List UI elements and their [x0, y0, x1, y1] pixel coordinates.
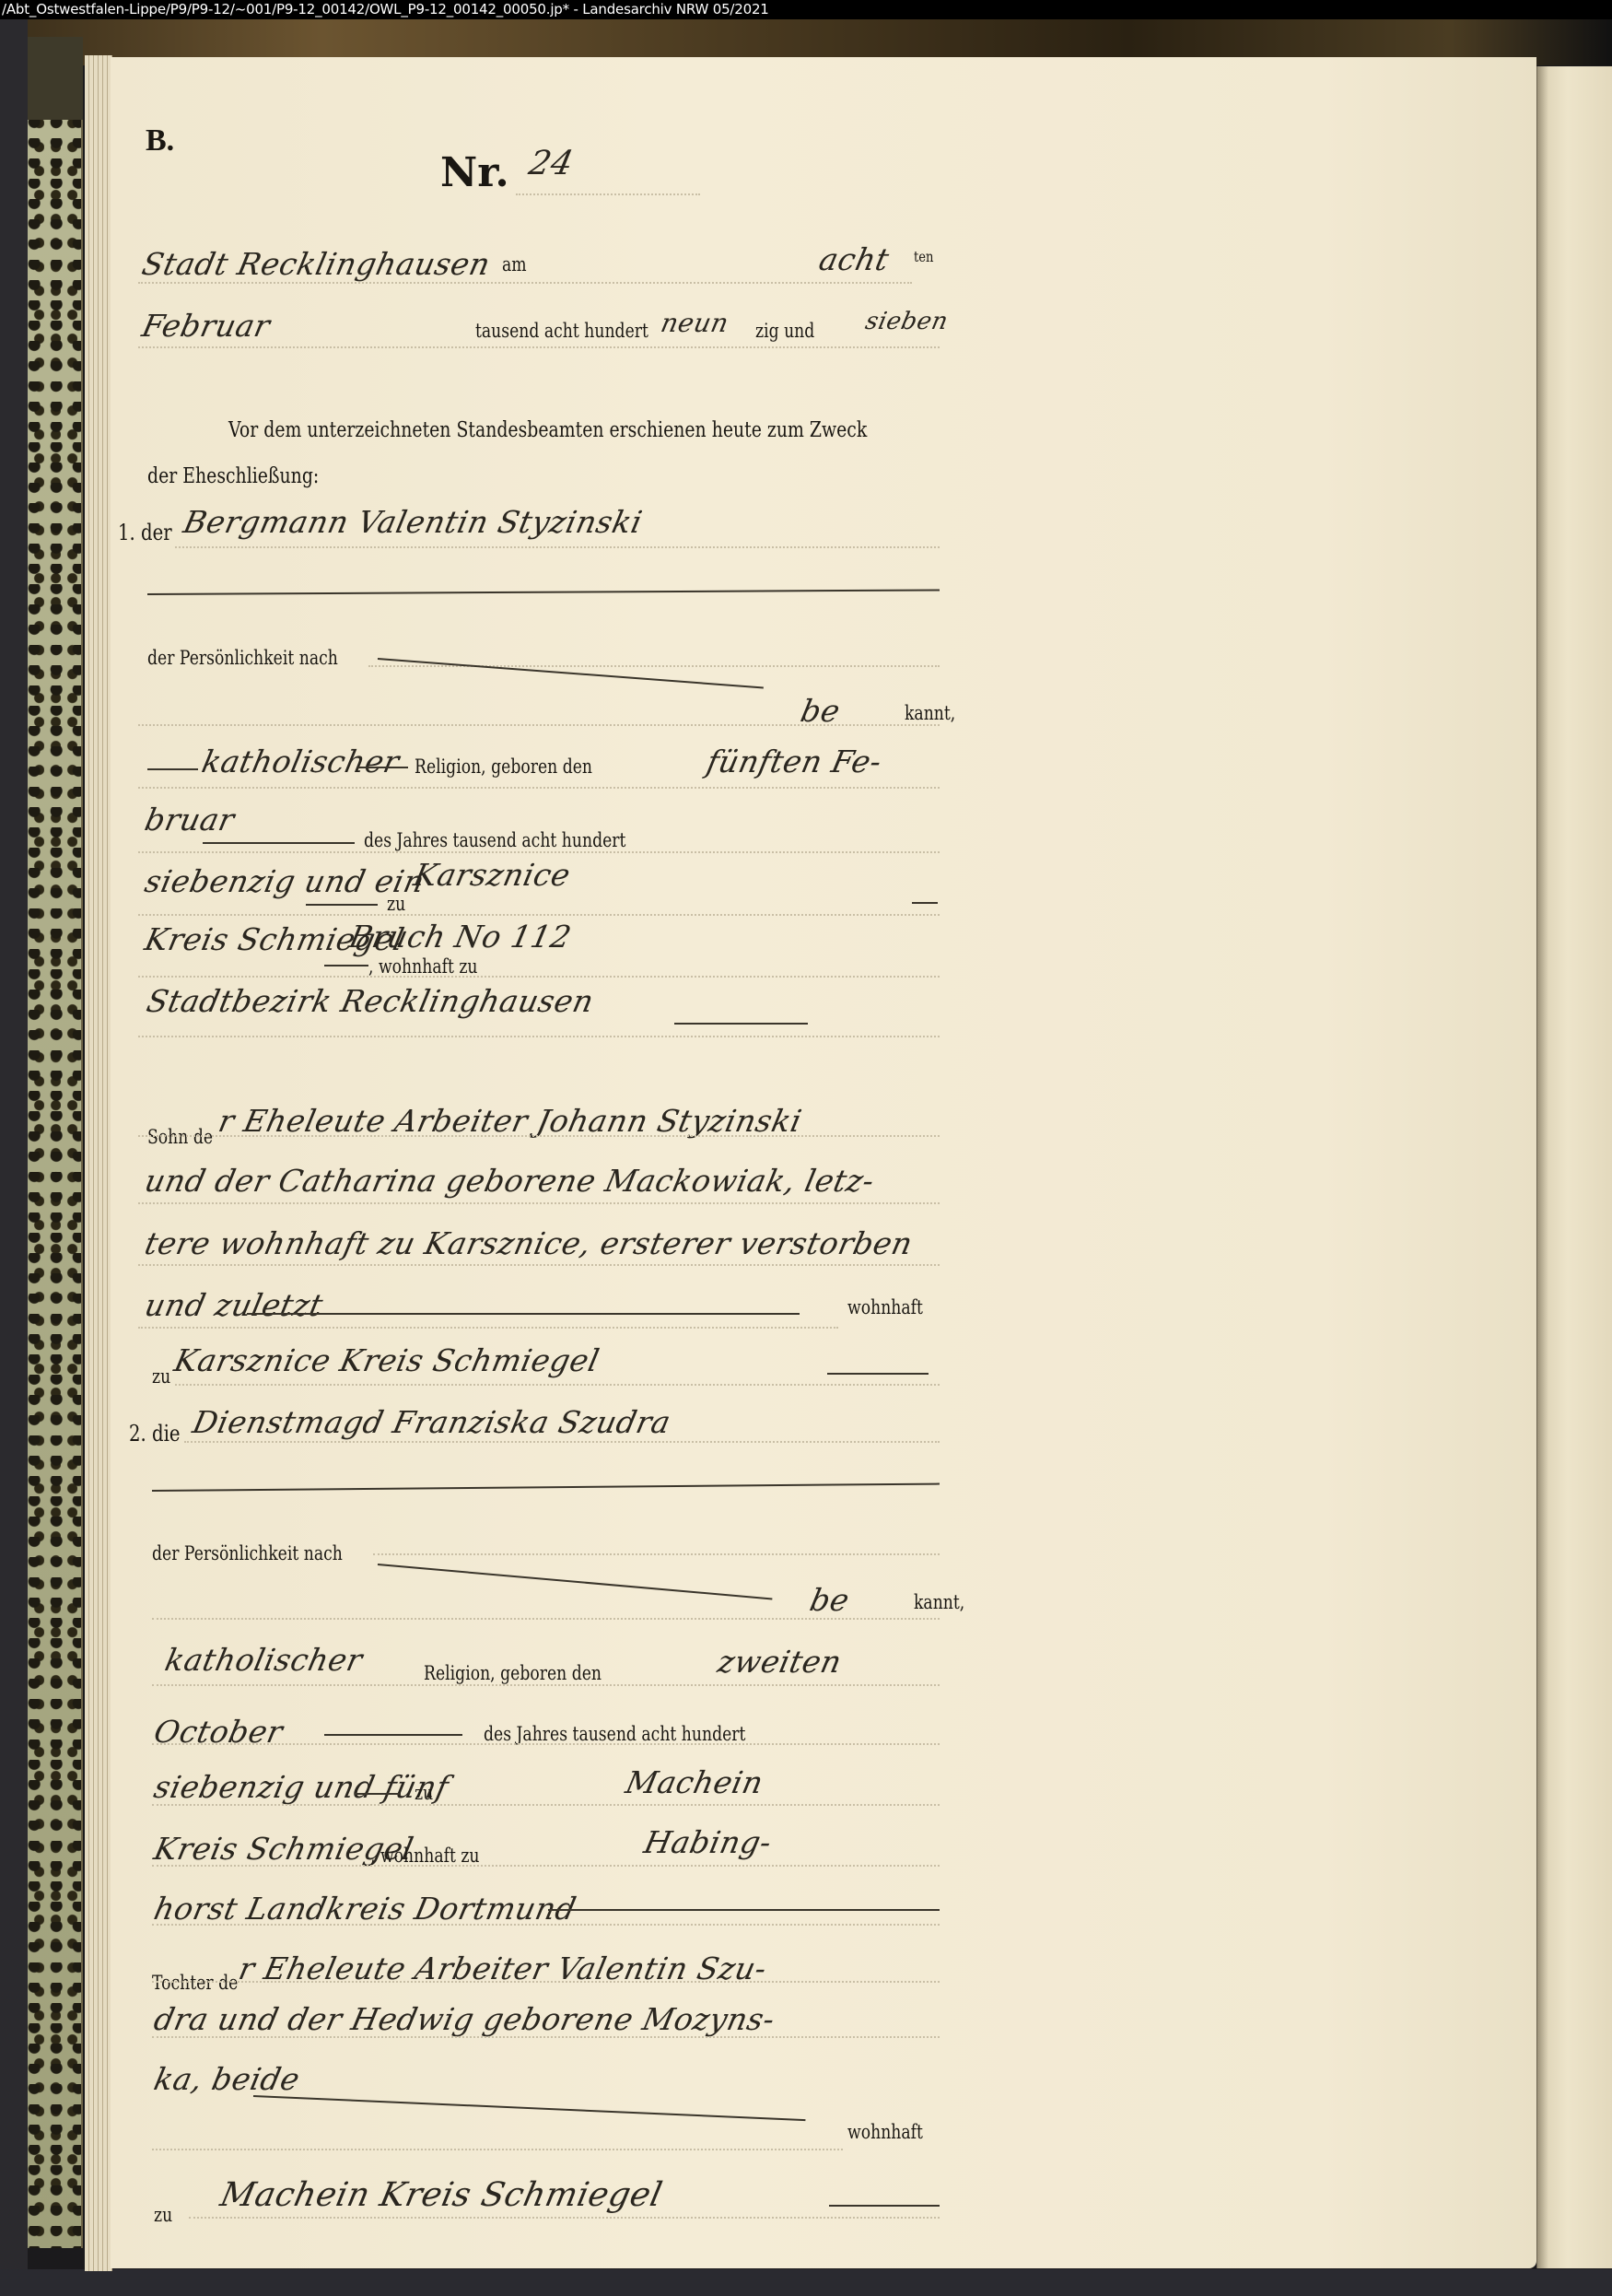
header-day: acht — [816, 241, 893, 277]
groom-birth-day: fünften Fe- — [704, 744, 885, 779]
header-year-decade: neun — [658, 308, 731, 338]
dotted-line — [152, 1684, 940, 1686]
bride-persoenlichkeit-label: der Persönlichkeit nach — [152, 1542, 343, 1564]
book-cover-left — [0, 19, 28, 2296]
filler-line — [324, 965, 368, 966]
bride-parents-2: dra und der Hedwig geborene Mozyns- — [151, 2001, 778, 2037]
groom-religion-label: Religion, geboren den — [415, 756, 592, 778]
bride-parents-residence: Machein Kreis Schmiegel — [217, 2176, 666, 2214]
bride-birth-year: siebenzig und fünf — [151, 1769, 452, 1805]
groom-strike-line — [147, 589, 940, 595]
groom-zu-label: zu — [387, 893, 405, 915]
filler-line — [324, 1734, 462, 1736]
bride-parents-3: ka, beide — [151, 2061, 303, 2097]
record-number: 24 — [526, 145, 578, 182]
dotted-line — [138, 346, 940, 348]
dotted-line — [175, 546, 940, 548]
filler-line — [357, 767, 408, 768]
filler-line — [253, 2095, 806, 2121]
dotted-line — [184, 1441, 940, 1443]
filler-line — [912, 902, 938, 904]
bride-religion: katholischer — [162, 1642, 366, 1678]
header-year-printed-2: zig und — [755, 320, 814, 342]
header-month: Februar — [139, 308, 274, 344]
header-day-suffix: ten — [914, 248, 933, 265]
filler-line — [829, 2205, 940, 2207]
bride-tochter-label: Tochter de — [152, 1972, 238, 1994]
groom-religion: katholischer — [199, 744, 403, 779]
bride-known-printed: kannt, — [914, 1591, 964, 1613]
marbled-binding — [28, 37, 83, 2248]
page-edges — [85, 55, 112, 2271]
groom-parents-2: und der Catharina geborene Mackowiak, le… — [142, 1163, 878, 1199]
dotted-line — [152, 2036, 940, 2038]
groom-parents-wohnhaft: wohnhaft — [847, 1296, 923, 1318]
filler-line — [355, 1793, 401, 1795]
groom-parents-1: r Eheleute Arbeiter Johann Styzinski — [216, 1103, 805, 1139]
bride-wohnhaft-label: , wohnhaft zu — [370, 1845, 480, 1867]
groom-parents-3: tere wohnhaft zu Karsznice, ersterer ver… — [142, 1225, 917, 1261]
filler-line — [203, 842, 355, 844]
bride-occupation-name: Dienstmagd Franziska Szudra — [190, 1404, 674, 1440]
dotted-line — [138, 1327, 838, 1329]
bride-known-hand: be — [807, 1582, 853, 1618]
bride-birth-place: Machein — [623, 1764, 766, 1800]
groom-strike-diagonal — [378, 658, 764, 688]
dotted-line — [152, 2149, 843, 2150]
intro-line-1: Vor dem unterzeichneten Standesbeamten e… — [228, 418, 867, 442]
header-year-unit: sieben — [863, 308, 951, 335]
bride-birth-day: zweiten — [715, 1644, 846, 1680]
dotted-line — [516, 193, 700, 195]
dotted-line — [175, 1384, 940, 1386]
groom-known-printed: kannt, — [905, 702, 955, 724]
dotted-line — [152, 1924, 940, 1926]
dotted-line — [138, 282, 912, 284]
window-title-bar: /Abt_Ostwestfalen-Lippe/P9/P9-12/~001/P9… — [0, 0, 1612, 19]
record-number-label: Nr. — [440, 149, 509, 196]
dotted-line — [138, 914, 940, 916]
groom-residence: Bruch No 112 — [346, 919, 575, 955]
dotted-line — [373, 1553, 940, 1555]
groom-residence-2: Stadtbezirk Recklinghausen — [144, 983, 597, 1019]
bride-religion-label: Religion, geboren den — [424, 1662, 602, 1684]
dotted-line — [138, 851, 940, 853]
groom-birth-year: siebenzig und ein — [142, 863, 428, 899]
window-title: /Abt_Ostwestfalen-Lippe/P9/P9-12/~001/P9… — [2, 1, 769, 18]
dotted-line — [152, 1865, 940, 1867]
groom-index-label: 1. der — [118, 520, 172, 545]
header-place: Stadt Recklinghausen — [139, 246, 494, 282]
groom-parents-4: und zuletzt — [142, 1287, 327, 1323]
groom-jahres-label: des Jahres tausend acht hundert — [364, 829, 625, 851]
header-am-label: am — [502, 253, 527, 275]
dotted-line — [138, 787, 940, 789]
filler-line — [147, 768, 198, 770]
dotted-line — [138, 1202, 940, 1204]
register-page: B. Nr. 24 Stadt Recklinghausen am acht t… — [111, 57, 1536, 2268]
dotted-line — [152, 1618, 940, 1620]
filler-line — [827, 1373, 929, 1375]
groom-birth-month-cont: bruar — [142, 802, 238, 838]
bride-parents-wohnhaft: wohnhaft — [847, 2121, 923, 2143]
bride-strike-diagonal — [378, 1564, 773, 1599]
groom-birth-place: Karsznice — [411, 857, 574, 893]
groom-parents-residence: Karsznice Kreis Schmiegel — [171, 1342, 602, 1378]
groom-wohnhaft-label: , wohnhaft zu — [368, 955, 478, 978]
filler-line — [247, 1313, 800, 1315]
groom-persoenlichkeit-label: der Persönlichkeit nach — [147, 647, 338, 669]
intro-line-2: der Eheschließung: — [147, 464, 319, 488]
book-cover-bottom — [0, 2269, 1612, 2296]
dotted-line — [138, 1135, 940, 1137]
dotted-line — [138, 976, 940, 978]
dotted-line — [152, 1743, 940, 1745]
dotted-line — [152, 1981, 940, 1983]
next-page-edge — [1536, 66, 1612, 2268]
header-year-printed-1: tausend acht hundert — [475, 320, 648, 342]
series-letter: B. — [146, 123, 174, 158]
dotted-line — [152, 1804, 940, 1806]
bride-jahres-label: des Jahres tausend acht hundert — [484, 1723, 745, 1745]
bride-residence-2: horst Landkreis Dortmund — [151, 1891, 579, 1927]
bride-index-label: 2. die — [129, 1421, 181, 1447]
bride-strike-line — [152, 1483, 940, 1492]
bride-zu-label: zu — [415, 1782, 433, 1804]
groom-sohn-label: Sohn de — [147, 1126, 213, 1148]
dotted-line — [138, 1264, 940, 1266]
binding-corner — [28, 37, 83, 120]
bride-residence: Habing- — [641, 1824, 775, 1860]
filler-line — [306, 904, 378, 906]
groom-parents-zu: zu — [152, 1365, 170, 1388]
filler-line — [548, 1909, 940, 1911]
dotted-line — [138, 1036, 940, 1037]
groom-occupation-name: Bergmann Valentin Styzinski — [181, 504, 646, 540]
dotted-line — [138, 724, 940, 726]
filler-line — [674, 1023, 808, 1025]
dotted-line — [189, 2217, 940, 2219]
bride-parents-zu: zu — [154, 2204, 172, 2226]
